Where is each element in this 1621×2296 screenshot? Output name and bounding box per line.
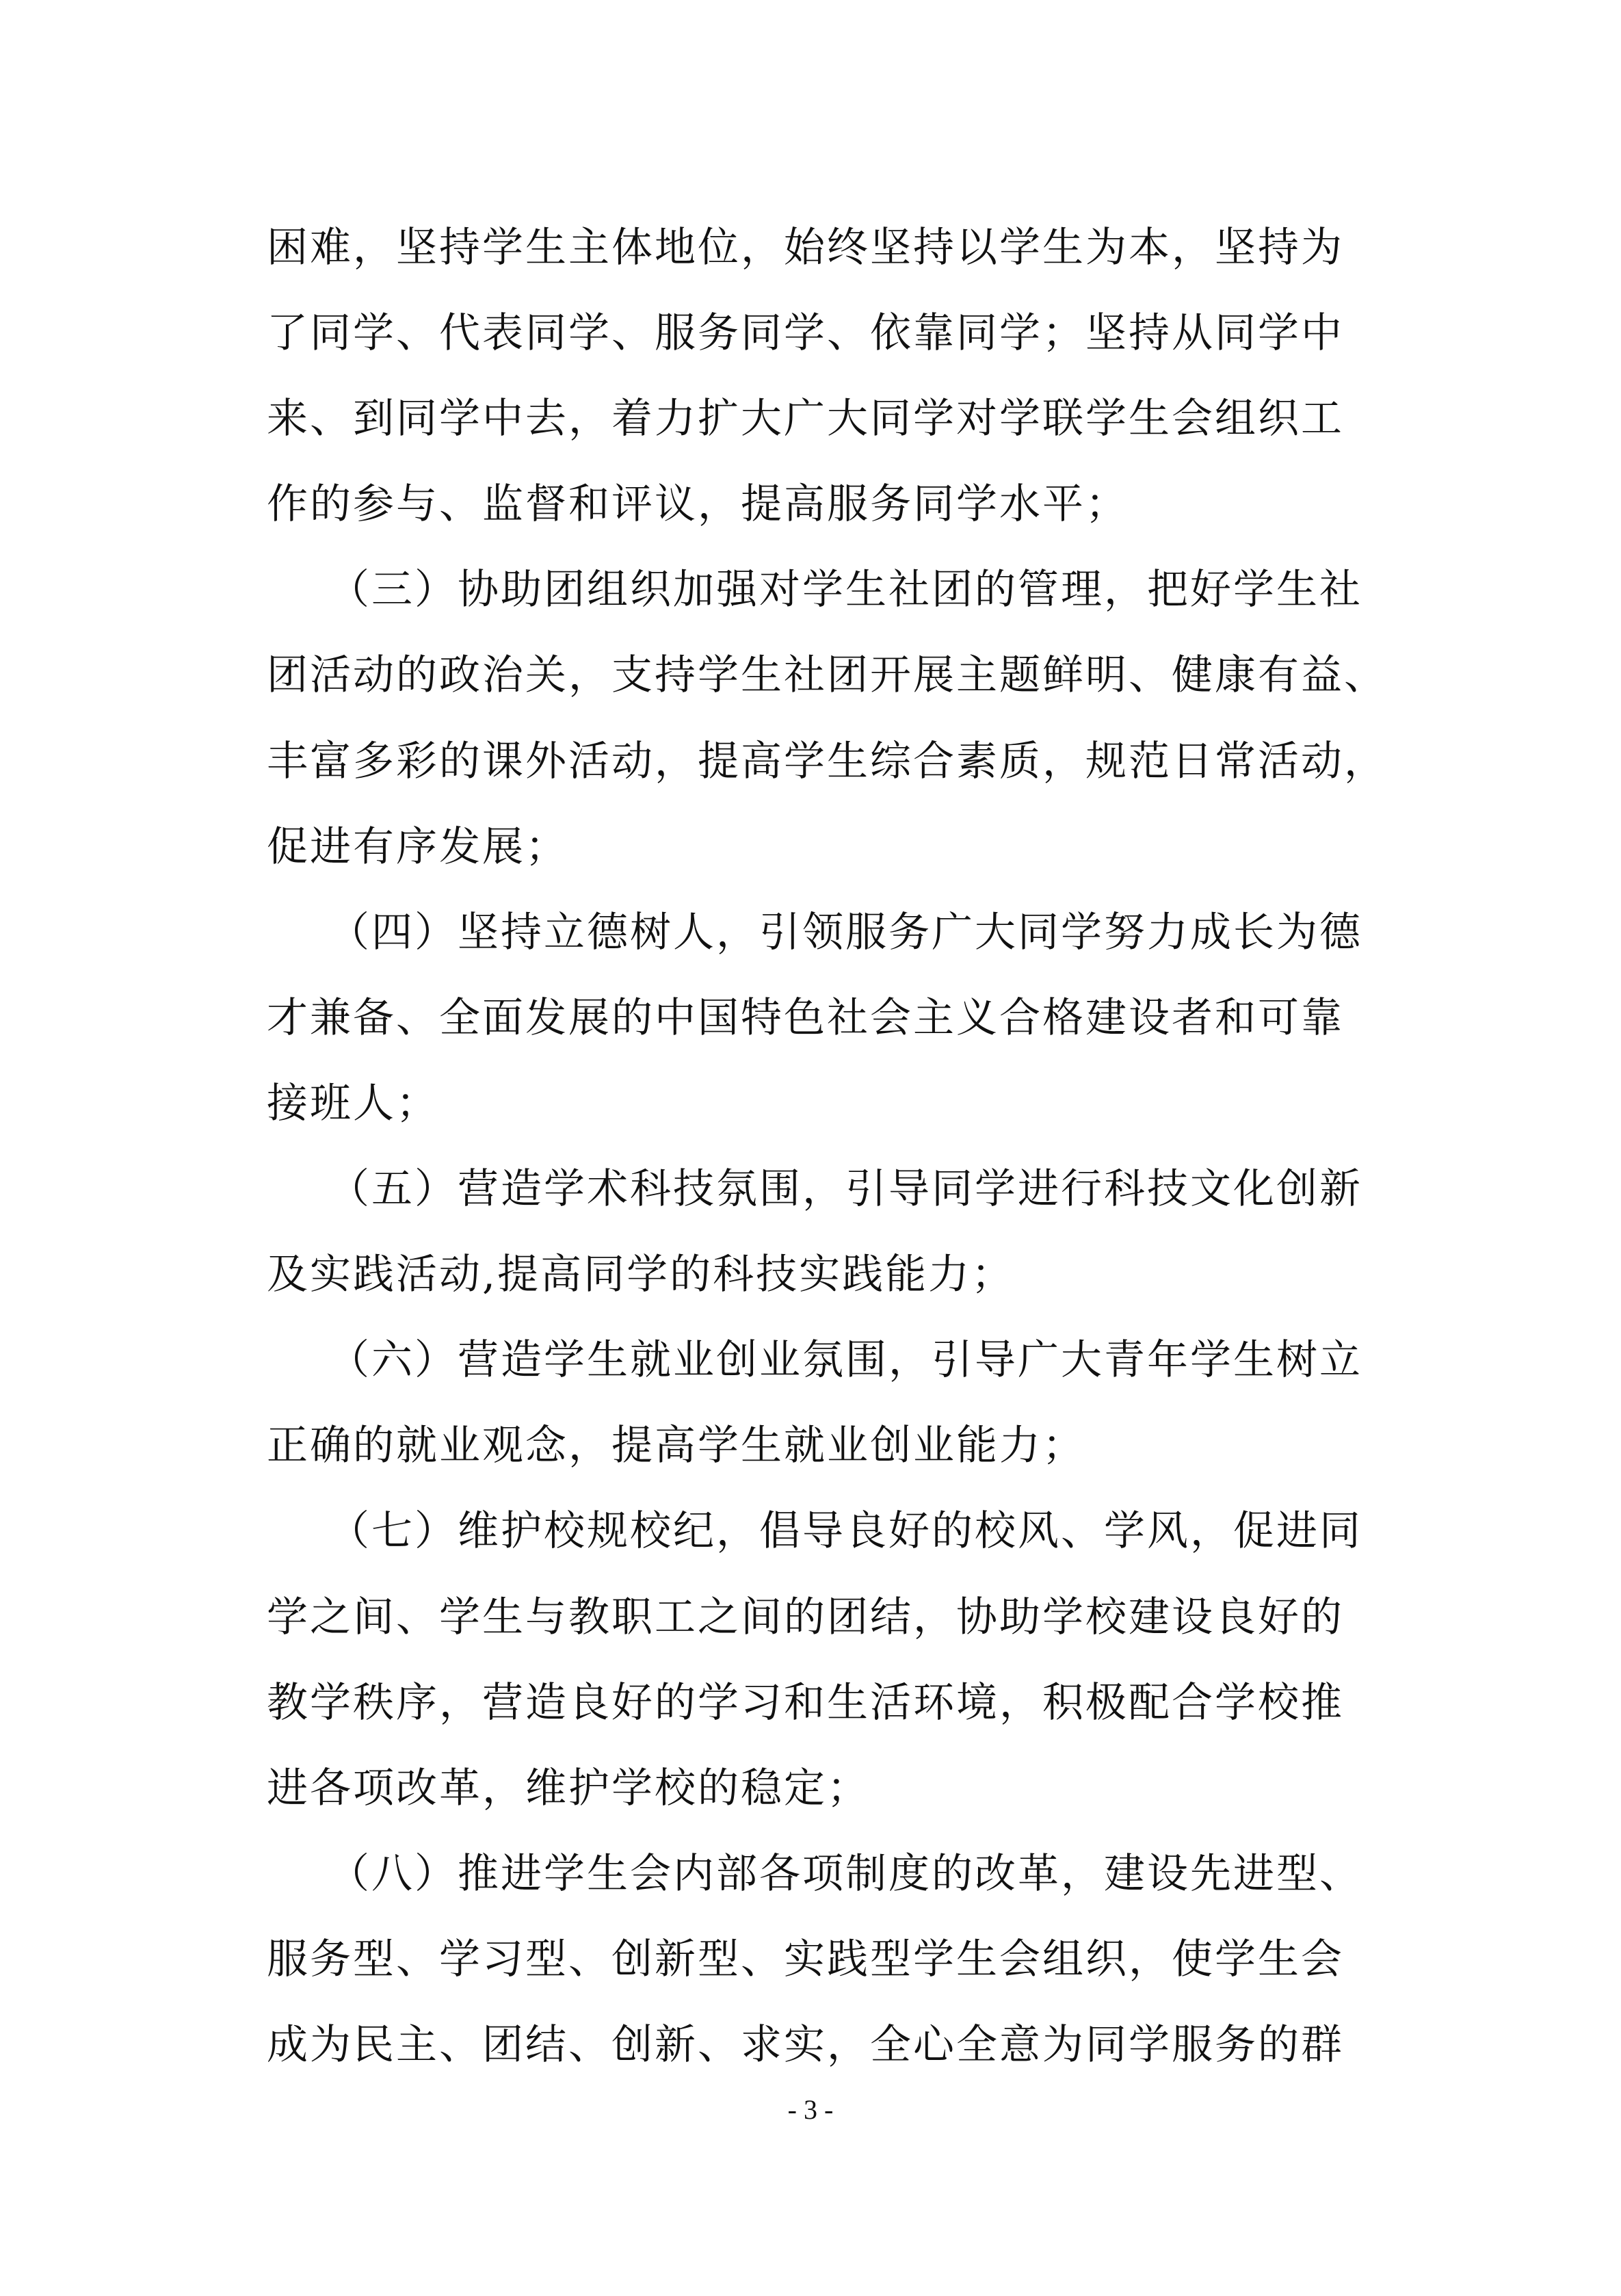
page-number: - 3 -: [0, 2093, 1621, 2126]
text-line: 教学秩序，营造良好的学习和生活环境，积极配合学校推: [267, 1660, 1361, 1746]
text-line: 了同学、代表同学、服务同学、依靠同学；坚持从同学中: [267, 291, 1361, 376]
text-line: 丰富多彩的课外活动，提高学生综合素质，规范日常活动，: [267, 719, 1361, 805]
text-line: 作的参与、监督和评议，提高服务同学水平；: [267, 462, 1361, 547]
text-line: 及实践活动,提高同学的科技实践能力；: [267, 1232, 1361, 1318]
paragraph-start-line: （五）营造学术科技氛围，引导同学进行科技文化创新: [267, 1147, 1361, 1232]
paragraph-start-line: （四）坚持立德树人，引领服务广大同学努力成长为德: [267, 890, 1361, 976]
text-line: 进各项改革，维护学校的稳定；: [267, 1746, 1361, 1831]
text-line: 接班人；: [267, 1061, 1361, 1147]
body-text: 困难，坚持学生主体地位，始终坚持以学生为本，坚持为 了同学、代表同学、服务同学、…: [267, 205, 1361, 2088]
text-line: 团活动的政治关，支持学生社团开展主题鲜明、健康有益、: [267, 633, 1361, 718]
text-line: 促进有序发展；: [267, 805, 1361, 890]
document-page: 困难，坚持学生主体地位，始终坚持以学生为本，坚持为 了同学、代表同学、服务同学、…: [0, 0, 1621, 2296]
text-line: 困难，坚持学生主体地位，始终坚持以学生为本，坚持为: [267, 205, 1361, 291]
paragraph-start-line: （八）推进学生会内部各项制度的改革，建设先进型、: [267, 1831, 1361, 1917]
text-line: 学之间、学生与教职工之间的团结，协助学校建设良好的: [267, 1575, 1361, 1660]
text-line: 成为民主、团结、创新、求实，全心全意为同学服务的群: [267, 2003, 1361, 2088]
text-line: 才兼备、全面发展的中国特色社会主义合格建设者和可靠: [267, 976, 1361, 1061]
text-line: 正确的就业观念，提高学生就业创业能力；: [267, 1403, 1361, 1489]
paragraph-start-line: （七）维护校规校纪，倡导良好的校风、学风，促进同: [267, 1489, 1361, 1574]
text-line: 服务型、学习型、创新型、实践型学生会组织，使学生会: [267, 1917, 1361, 2003]
paragraph-start-line: （三）协助团组织加强对学生社团的管理，把好学生社: [267, 547, 1361, 633]
paragraph-start-line: （六）营造学生就业创业氛围，引导广大青年学生树立: [267, 1318, 1361, 1403]
text-line: 来、到同学中去，着力扩大广大同学对学联学生会组织工: [267, 376, 1361, 462]
